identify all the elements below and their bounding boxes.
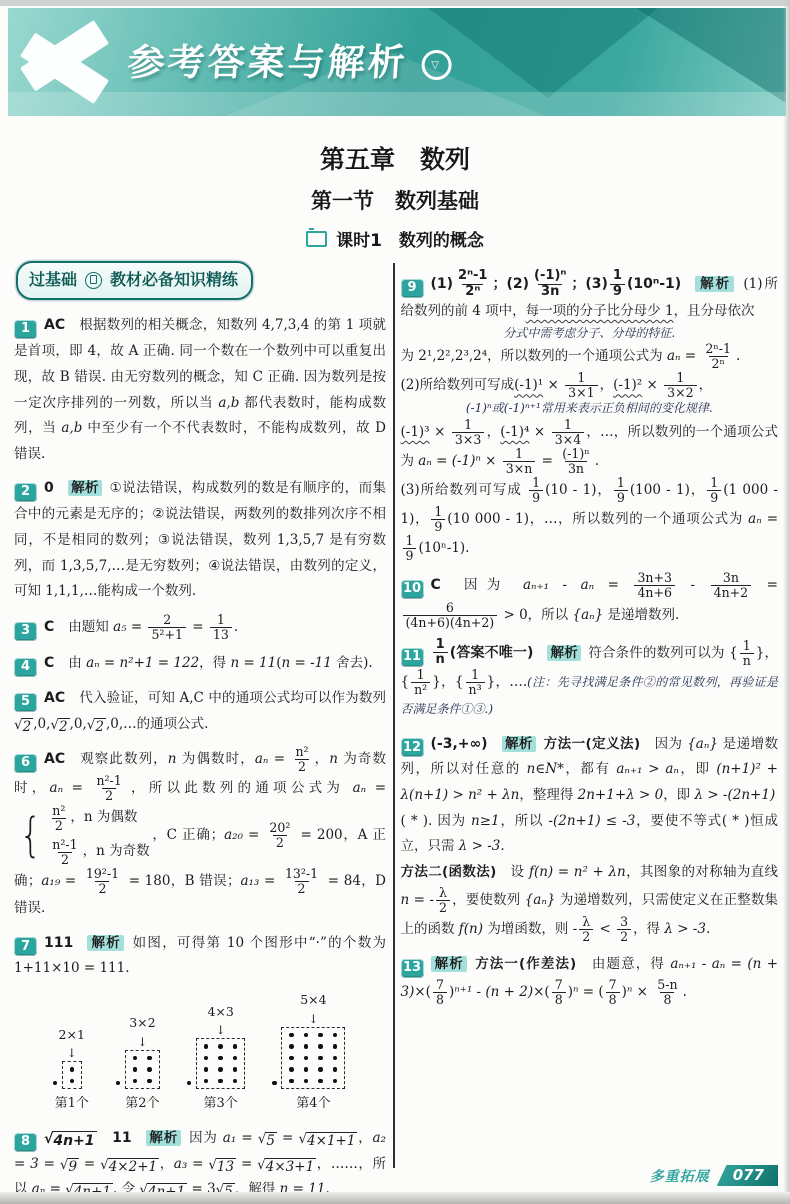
fraction: 3n4n+2 xyxy=(711,571,752,600)
figure-caption: 第2个 xyxy=(125,1092,159,1117)
fraction: 13×3 xyxy=(452,418,484,447)
jiexi-label: 解析 xyxy=(146,1130,181,1146)
problem-number-badge: 10 xyxy=(401,580,424,599)
answer: C xyxy=(44,655,54,671)
problem-4: 4C由 aₙ = n²+1 = 122，得 n = 11(n = -11 舍去)… xyxy=(14,650,386,677)
fraction: 19²-12 xyxy=(83,867,122,896)
figure-caption: 第4个 xyxy=(296,1092,330,1117)
jiexi-label: 解析 xyxy=(695,276,734,292)
problem-number-badge: 12 xyxy=(401,738,424,757)
square-root: √4n+1 xyxy=(44,1131,97,1149)
fraction: 20²2 xyxy=(266,821,293,850)
jiexi-label: 解析 xyxy=(502,736,536,752)
problem-number-badge: 1 xyxy=(14,320,37,339)
fraction: 78 xyxy=(606,978,620,1007)
basics-practice-badge: 过基础 教材必备知识精练 xyxy=(16,261,253,300)
square-root: √5 xyxy=(258,1132,277,1150)
answer: (-3,+∞) xyxy=(431,736,488,752)
problems-left: 1AC根据数列的相关概念，知数列 4,7,3,4 的第 1 项就是首项，即 4，… xyxy=(14,312,386,1203)
left-column: 过基础 教材必备知识精练 1AC根据数列的相关概念，知数列 4,7,3,4 的第… xyxy=(14,261,386,1203)
dotted-rectangle xyxy=(125,1050,160,1090)
problem-number-badge: 9 xyxy=(401,279,424,298)
fraction: 78 xyxy=(433,978,447,1007)
problem-number-badge: 4 xyxy=(14,658,37,677)
sequence-figure: 2×1↓第1个3×2↓第2个4×3↓第3个5×4↓第4个 xyxy=(14,988,386,1117)
fraction: λ2 xyxy=(579,915,593,944)
column-divider xyxy=(393,263,395,1168)
lesson-title: 课时1 数列的概念 xyxy=(0,226,790,251)
figure-caption: 第1个 xyxy=(55,1092,89,1117)
jiexi-label: 解析 xyxy=(431,956,467,972)
problem-7: 7111解析 如图，可得第 10 个图形中“·”的个数为 1+11×10 = 1… xyxy=(14,930,386,1117)
answer-page: 参考答案与解析▽ 第五章 数列 第一节 数列基础 课时1 数列的概念 过基础 教… xyxy=(0,0,790,1204)
down-arrow-icon: ↓ xyxy=(137,1036,147,1048)
down-arrow-icon: ↓ xyxy=(67,1047,77,1059)
fraction: 1n xyxy=(433,638,448,668)
content-columns: 过基础 教材必备知识精练 1AC根据数列的相关概念，知数列 4,7,3,4 的第… xyxy=(0,251,790,1203)
section-title: 第一节 数列基础 xyxy=(0,185,790,215)
problem-number-badge: 13 xyxy=(401,959,424,978)
fraction: 13×4 xyxy=(552,418,584,447)
square-root: √2 xyxy=(50,718,69,736)
fraction: 6(4n+6)(4n+2) xyxy=(403,601,498,630)
fraction: 25²+1 xyxy=(148,613,186,642)
handwritten-note: (-1)ⁿ或(-1)ⁿ⁺¹常用来表示正负相间的变化规律. xyxy=(401,400,779,417)
fraction: 19 xyxy=(614,476,628,505)
badge-right-text: 教材必备知识精练 xyxy=(110,265,238,295)
fraction: 78 xyxy=(552,978,566,1007)
fraction: (-1)ⁿ3n xyxy=(559,447,592,476)
fraction: 19 xyxy=(707,476,721,505)
fraction: 13×n xyxy=(503,447,536,476)
square-root: √2 xyxy=(87,718,106,736)
square-root: √2 xyxy=(14,718,33,736)
figure-item: 5×4↓第4个 xyxy=(281,988,345,1117)
fraction: 19 xyxy=(610,269,625,299)
outside-dot xyxy=(53,1081,58,1086)
jiexi-label: 解析 xyxy=(547,645,580,661)
outside-dot xyxy=(116,1081,121,1086)
scan-edge-right xyxy=(783,0,790,1204)
chevron-right-icon xyxy=(20,18,140,106)
problem-number-badge: 5 xyxy=(14,693,37,712)
handwritten-note: (注：先寻找满足条件②的常见数列，再验证是否满足条件①③.) xyxy=(401,675,778,716)
problem-12: 12(-3,+∞)解析 方法一(定义法) 因为 {aₙ} 是递增数列，所以对任意… xyxy=(401,731,779,944)
problem-6: 6AC观察此数列，n 为偶数时，aₙ = n²2，n 为奇数时，aₙ = n²-… xyxy=(14,745,386,921)
answer: AC xyxy=(44,317,65,333)
fraction: 113 xyxy=(210,613,232,642)
lesson-box-icon xyxy=(306,231,327,247)
fraction: 13×1 xyxy=(565,371,597,400)
fraction: 19 xyxy=(403,534,417,563)
fraction: 13×2 xyxy=(664,371,696,400)
page-title-text: 参考答案与解析 xyxy=(126,41,409,84)
badge-left-text: 过基础 xyxy=(29,265,77,295)
figure-size-label: 4×3 xyxy=(207,1000,233,1024)
fraction: n²-12 xyxy=(93,774,124,803)
problem-9: 9(1)2ⁿ-12ⁿ；(2)(-1)ⁿ3n；(3)19(10ⁿ-1)解析 (1)… xyxy=(401,269,779,563)
fraction: 32 xyxy=(617,915,631,944)
outside-dot xyxy=(187,1081,192,1086)
square-root: √4×3+1 xyxy=(257,1158,316,1176)
square-root: √13 xyxy=(208,1158,236,1176)
fraction: 2ⁿ-12ⁿ xyxy=(455,269,490,299)
answer: C xyxy=(44,619,54,635)
answer: √4n+1 11 xyxy=(44,1130,132,1146)
book-icon xyxy=(85,272,102,289)
problem-number-badge: 8 xyxy=(14,1133,37,1152)
fraction: 5-n8 xyxy=(654,978,680,1007)
fraction: n²2 xyxy=(292,745,311,774)
answer: AC xyxy=(44,690,65,706)
header-banner: 参考答案与解析▽ xyxy=(8,8,786,116)
right-column: 9(1)2ⁿ-12ⁿ；(2)(-1)ⁿ3n；(3)19(10ⁿ-1)解析 (1)… xyxy=(401,261,779,1203)
figure-size-label: 5×4 xyxy=(300,988,326,1012)
banner-triangle-corner xyxy=(636,8,786,103)
problem-number-badge: 7 xyxy=(14,937,37,956)
fraction: 3n+34n+6 xyxy=(634,571,675,600)
fraction: 1n xyxy=(740,639,754,668)
figure-caption: 第3个 xyxy=(204,1092,238,1117)
fraction: 13²-12 xyxy=(282,867,321,896)
down-triangle-icon: ▽ xyxy=(422,50,452,80)
jiexi-label: 解析 xyxy=(87,935,124,951)
piecewise-cases: {n²2，n 为偶数n²-12，n 为奇数 xyxy=(16,804,150,867)
fraction: 1n³ xyxy=(466,668,485,697)
figure-item: 2×1↓第1个 xyxy=(55,1023,89,1117)
dotted-rectangle xyxy=(196,1038,246,1089)
fraction: 1n² xyxy=(411,668,430,697)
problem-number-badge: 2 xyxy=(14,483,37,502)
problem-2: 20解析 ①说法错误，构成数列的数是有顺序的，而集合中的元素是无序的；②说法错误… xyxy=(14,475,386,604)
answer: 111 xyxy=(44,935,73,951)
square-root: √4×1+1 xyxy=(298,1132,357,1150)
fraction: λ2 xyxy=(436,886,450,915)
outside-dot xyxy=(272,1081,277,1086)
problem-5: 5AC代入验证，可知 A,C 中的通项公式均可以作为数列√2,0,√2,0,√2… xyxy=(14,685,386,737)
down-arrow-icon: ↓ xyxy=(308,1013,318,1025)
scan-edge-top xyxy=(0,0,790,6)
fraction: 19 xyxy=(529,476,543,505)
down-arrow-icon: ↓ xyxy=(216,1024,226,1036)
answer: AC xyxy=(44,751,65,767)
fraction: n²-12 xyxy=(49,838,80,867)
dotted-rectangle xyxy=(281,1027,345,1090)
footer-label: 多重拓展 xyxy=(650,1166,710,1186)
page-number: 077 xyxy=(717,1165,778,1186)
page-title: 参考答案与解析▽ xyxy=(126,32,454,86)
fraction: (-1)ⁿ3n xyxy=(531,269,569,299)
jiexi-label: 解析 xyxy=(68,480,102,496)
figure-item: 3×2↓第2个 xyxy=(125,1011,160,1117)
lesson-title-text: 课时1 数列的概念 xyxy=(336,226,484,251)
problem-13: 13解析 方法一(作差法) 由题意，得 aₙ₊₁ - aₙ = (n + 3)×… xyxy=(401,952,779,1007)
figure-item: 4×3↓第3个 xyxy=(196,1000,246,1117)
footer: 多重拓展 077 xyxy=(650,1165,778,1186)
fraction: n²2 xyxy=(49,804,68,833)
dotted-rectangle xyxy=(62,1061,83,1089)
square-root: √9 xyxy=(60,1158,79,1176)
problem-10: 10C因为 aₙ₊₁ - aₙ = 3n+34n+6 - 3n4n+2 = 6(… xyxy=(401,571,779,629)
fraction: 2ⁿ-12ⁿ xyxy=(702,342,734,371)
answer: C xyxy=(431,577,441,593)
problem-3: 3C由题知 a₅ = 25²+1 = 113. xyxy=(14,613,386,642)
problem-11: 111n(答案不唯一)解析 符合条件的数列可以为 {1n}，{1n²}，{1n³… xyxy=(401,638,779,723)
answer: 0 xyxy=(44,480,54,496)
square-root: √4×2+1 xyxy=(100,1158,159,1176)
fraction: 19 xyxy=(431,505,445,534)
problem-number-badge: 6 xyxy=(14,754,37,773)
problem-number-badge: 3 xyxy=(14,622,37,641)
problem-number-badge: 11 xyxy=(401,648,424,667)
figure-size-label: 2×1 xyxy=(59,1023,85,1047)
problem-1: 1AC根据数列的相关概念，知数列 4,7,3,4 的第 1 项就是首项，即 4，… xyxy=(14,312,386,467)
answer: (1)2ⁿ-12ⁿ；(2)(-1)ⁿ3n；(3)19(10ⁿ-1) xyxy=(431,276,682,292)
scan-edge-bottom xyxy=(0,1192,790,1204)
answer: 1n(答案不唯一) xyxy=(431,645,534,661)
figure-size-label: 3×2 xyxy=(129,1011,155,1035)
problems-right: 9(1)2ⁿ-12ⁿ；(2)(-1)ⁿ3n；(3)19(10ⁿ-1)解析 (1)… xyxy=(401,269,779,1007)
chapter-title: 第五章 数列 xyxy=(0,140,790,176)
handwritten-note: 分式中需考虑分子、分母的特征. xyxy=(401,325,779,342)
